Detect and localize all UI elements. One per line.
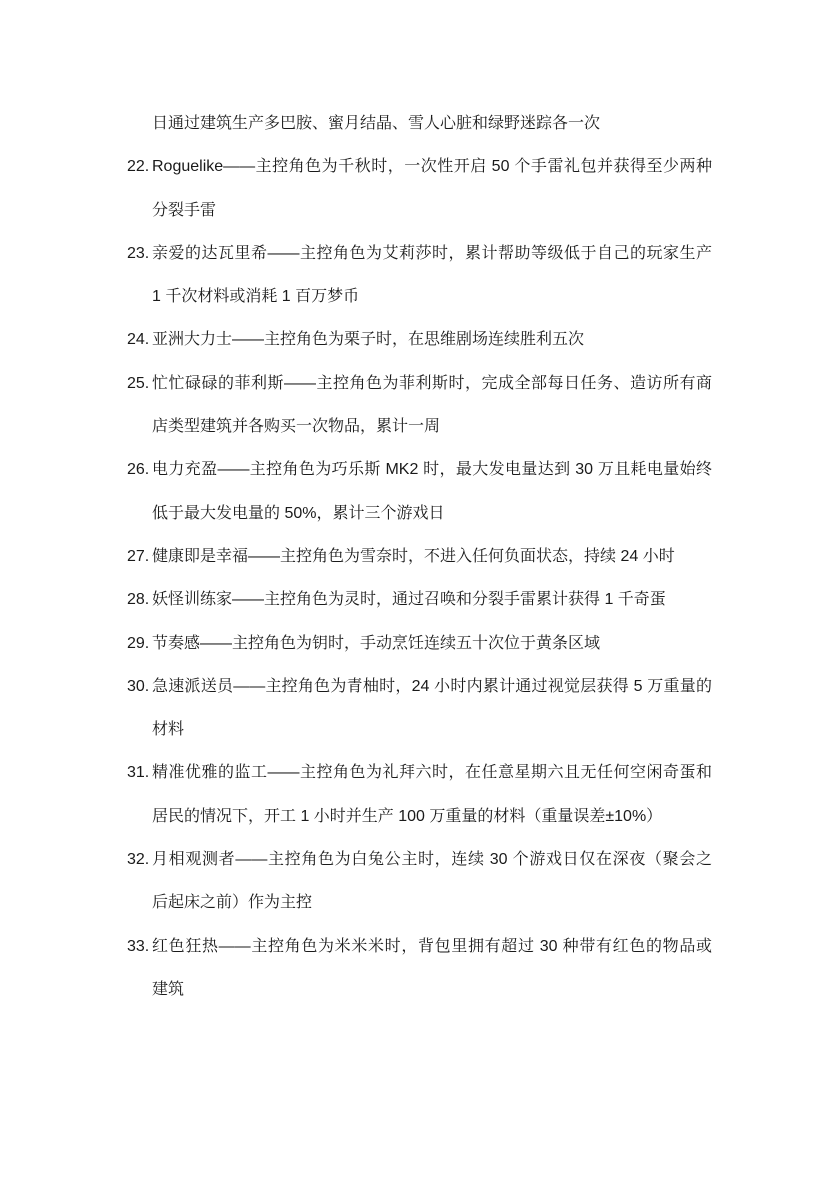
item-number: 25. <box>127 362 149 405</box>
item-text-line: 亚洲大力士——主控角色为栗子时，在思维剧场连续胜利五次 <box>152 318 712 361</box>
item-text-line: 后起床之前）作为主控 <box>152 881 712 924</box>
list-item-22: 22. Roguelike——主控角色为千秋时，一次性开启 50 个手雷礼包并获… <box>127 145 712 232</box>
numbered-list: 日通过建筑生产多巴胺、蜜月结晶、雪人心脏和绿野迷踪各一次 22. Rogueli… <box>127 102 712 1011</box>
list-item-26: 26. 电力充盈——主控角色为巧乐斯 MK2 时，最大发电量达到 30 万且耗电… <box>127 448 712 535</box>
item-text-line: 电力充盈——主控角色为巧乐斯 MK2 时，最大发电量达到 30 万且耗电量始终 <box>152 448 712 491</box>
list-item-25: 25. 忙忙碌碌的菲利斯——主控角色为菲利斯时，完成全部每日任务、造访所有商 店… <box>127 362 712 449</box>
item-number: 31. <box>127 751 149 794</box>
item-number: 23. <box>127 232 149 275</box>
list-item-28: 28. 妖怪训练家——主控角色为灵时，通过召唤和分裂手雷累计获得 1 千奇蛋 <box>127 578 712 621</box>
item-text-line: 低于最大发电量的 50%，累计三个游戏日 <box>152 492 712 535</box>
item-number: 33. <box>127 925 149 968</box>
item-text-line: 月相观测者——主控角色为白兔公主时，连续 30 个游戏日仅在深夜（聚会之 <box>152 838 712 881</box>
item-text-line: 红色狂热——主控角色为米米米时，背包里拥有超过 30 种带有红色的物品或 <box>152 925 712 968</box>
item-text-line: 材料 <box>152 708 712 751</box>
item-number: 32. <box>127 838 149 881</box>
document-page: 日通过建筑生产多巴胺、蜜月结晶、雪人心脏和绿野迷踪各一次 22. Rogueli… <box>0 0 832 1177</box>
item-text-line: 急速派送员——主控角色为青柚时，24 小时内累计通过视觉层获得 5 万重量的 <box>152 665 712 708</box>
list-item-27: 27. 健康即是幸福——主控角色为雪奈时，不进入任何负面状态，持续 24 小时 <box>127 535 712 578</box>
list-item-30: 30. 急速派送员——主控角色为青柚时，24 小时内累计通过视觉层获得 5 万重… <box>127 665 712 752</box>
list-item-24: 24. 亚洲大力士——主控角色为栗子时，在思维剧场连续胜利五次 <box>127 318 712 361</box>
list-item-21-continuation: 日通过建筑生产多巴胺、蜜月结晶、雪人心脏和绿野迷踪各一次 <box>127 102 712 145</box>
item-text-line: 健康即是幸福——主控角色为雪奈时，不进入任何负面状态，持续 24 小时 <box>152 535 712 578</box>
item-text-line: 节奏感——主控角色为钥时，手动烹饪连续五十次位于黄条区域 <box>152 622 712 665</box>
item-text-line: 亲爱的达瓦里希——主控角色为艾莉莎时，累计帮助等级低于自己的玩家生产 <box>152 232 712 275</box>
item-number: 22. <box>127 145 149 188</box>
item-text-line: 分裂手雷 <box>152 189 712 232</box>
list-item-31: 31. 精准优雅的监工——主控角色为礼拜六时，在任意星期六且无任何空闲奇蛋和 居… <box>127 751 712 838</box>
item-text-line: 精准优雅的监工——主控角色为礼拜六时，在任意星期六且无任何空闲奇蛋和 <box>152 751 712 794</box>
item-text-line: 店类型建筑并各购买一次物品，累计一周 <box>152 405 712 448</box>
item-text-line: 忙忙碌碌的菲利斯——主控角色为菲利斯时，完成全部每日任务、造访所有商 <box>152 362 712 405</box>
item-number: 27. <box>127 535 149 578</box>
item-number: 29. <box>127 622 149 665</box>
list-item-32: 32. 月相观测者——主控角色为白兔公主时，连续 30 个游戏日仅在深夜（聚会之… <box>127 838 712 925</box>
item-text-line: 建筑 <box>152 968 712 1011</box>
item-number: 30. <box>127 665 149 708</box>
item-text-line: Roguelike——主控角色为千秋时，一次性开启 50 个手雷礼包并获得至少两… <box>152 145 712 188</box>
item-text-line: 日通过建筑生产多巴胺、蜜月结晶、雪人心脏和绿野迷踪各一次 <box>152 102 712 145</box>
item-number: 24. <box>127 318 149 361</box>
item-text-line: 居民的情况下，开工 1 小时并生产 100 万重量的材料（重量误差±10%） <box>152 795 712 838</box>
item-number: 26. <box>127 448 149 491</box>
list-item-29: 29. 节奏感——主控角色为钥时，手动烹饪连续五十次位于黄条区域 <box>127 622 712 665</box>
item-number: 28. <box>127 578 149 621</box>
item-text-line: 妖怪训练家——主控角色为灵时，通过召唤和分裂手雷累计获得 1 千奇蛋 <box>152 578 712 621</box>
item-text-line: 1 千次材料或消耗 1 百万梦币 <box>152 275 712 318</box>
list-item-23: 23. 亲爱的达瓦里希——主控角色为艾莉莎时，累计帮助等级低于自己的玩家生产 1… <box>127 232 712 319</box>
list-item-33: 33. 红色狂热——主控角色为米米米时，背包里拥有超过 30 种带有红色的物品或… <box>127 925 712 1012</box>
